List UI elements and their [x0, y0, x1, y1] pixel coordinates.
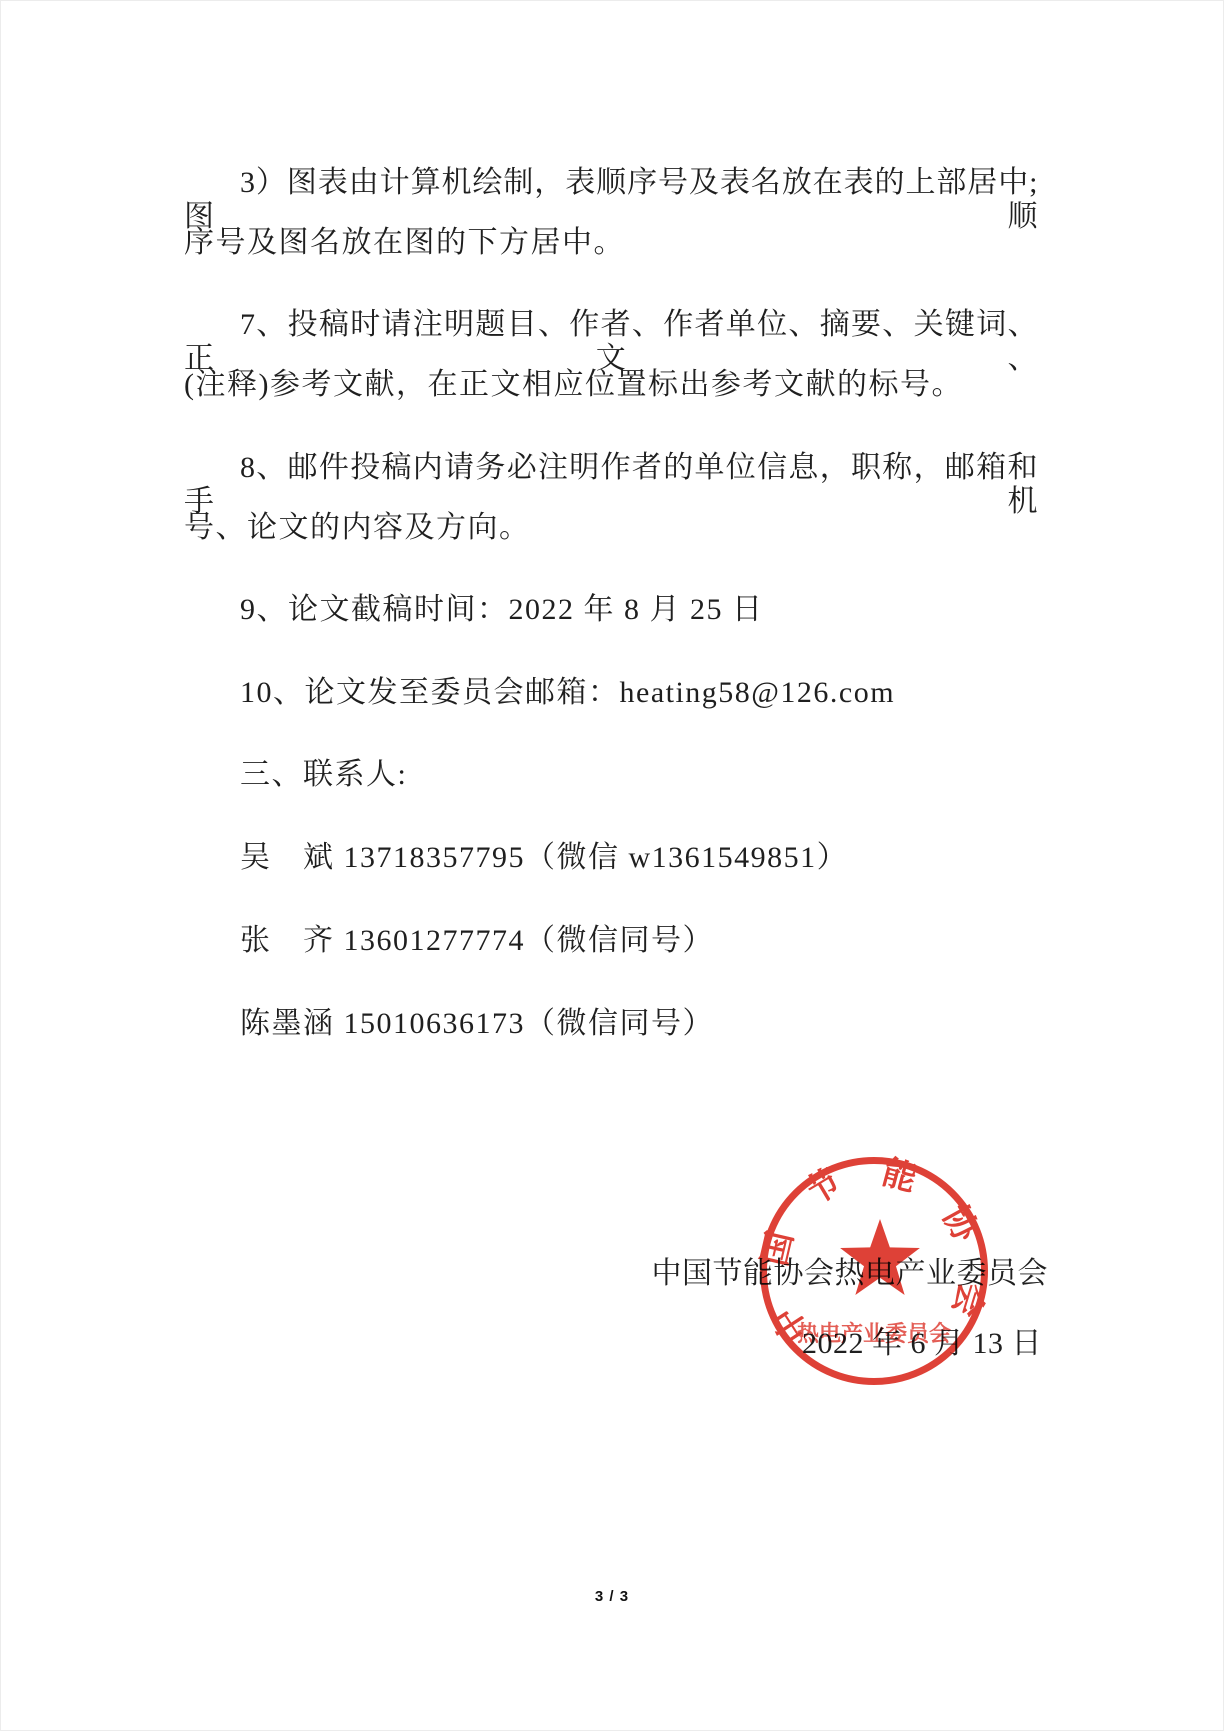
contact-line: 吴 斌 13718357795（微信 w1361549851）	[240, 841, 848, 875]
body-line: 序号及图名放在图的下方居中。	[184, 226, 625, 260]
contact-line: 陈墨涵 15010636173（微信同号）	[240, 1007, 714, 1041]
body-line-email: 10、论文发至委员会邮箱：heating58@126.com	[240, 676, 895, 710]
signature-organization: 中国节能协会热电产业委员会	[652, 1248, 1049, 1292]
body-line: 号、论文的内容及方向。	[184, 511, 531, 545]
body-line-deadline: 9、论文截稿时间：2022 年 8 月 25 日	[240, 593, 764, 627]
seal-arc-char: 协	[935, 1200, 984, 1249]
body-line: (注释)参考文献，在正文相应位置标出参考文献的标号。	[184, 368, 963, 402]
page-number: 3 / 3	[0, 1588, 1224, 1605]
body-line: 7、投稿时请注明题目、作者、作者单位、摘要、关键词、正文、	[184, 308, 1038, 376]
seal-arc-char: 节	[799, 1163, 848, 1212]
document-page: 3）图表由计算机绘制，表顺序号及表名放在表的上部居中;图顺 序号及图名放在图的下…	[0, 0, 1224, 1731]
contact-line: 张 齐 13601277774（微信同号）	[240, 924, 714, 958]
body-line: 8、邮件投稿内请务必注明作者的单位信息，职称，邮箱和手机	[184, 451, 1038, 519]
body-line: 3）图表由计算机绘制，表顺序号及表名放在表的上部居中;图顺	[184, 166, 1038, 234]
body-line-contacts-heading: 三、联系人:	[240, 758, 407, 792]
signature-date: 2022 年 6 月 13 日	[802, 1318, 1042, 1362]
seal-arc-char: 能	[877, 1155, 921, 1199]
